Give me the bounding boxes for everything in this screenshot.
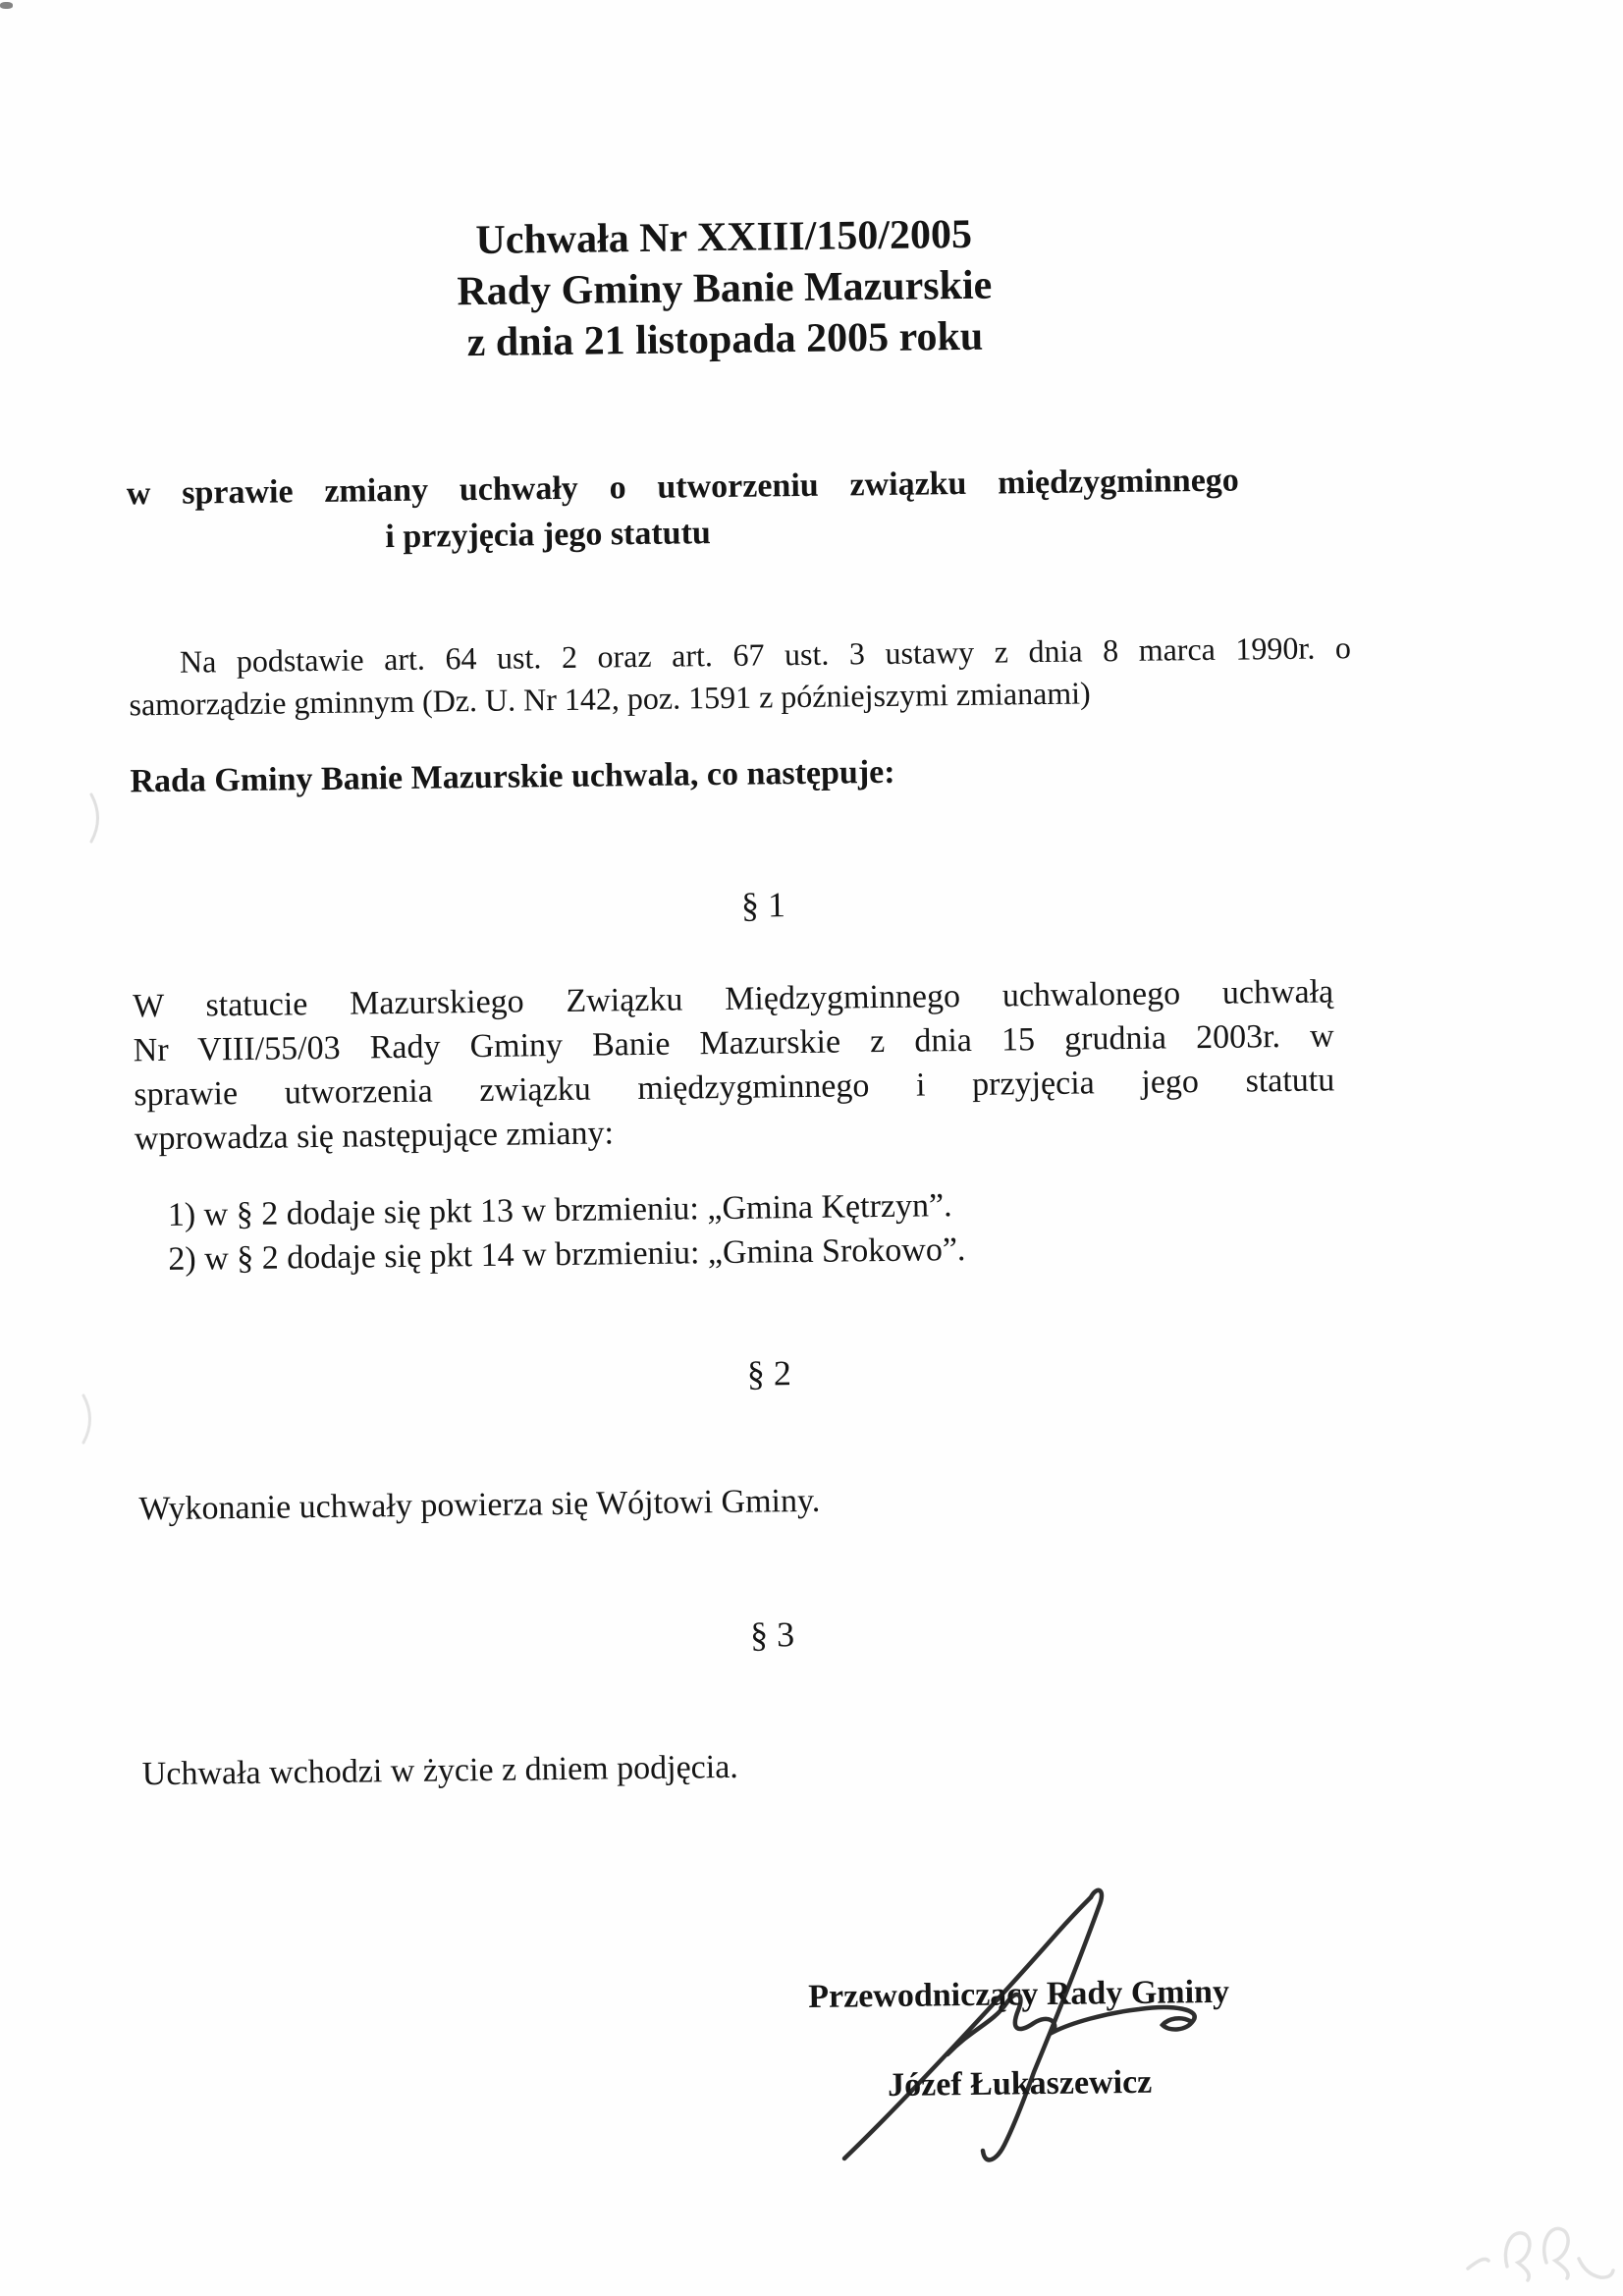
resolution-document: Uchwała Nr XXIII/150/2005 Rady Gminy Ban…: [0, 0, 1623, 2296]
section-1-body: W statucie Mazurskiego Związku Międzygmi…: [133, 969, 1335, 1161]
signatory-name: Józef Łukaszewicz: [695, 2057, 1344, 2109]
document-page: Uchwała Nr XXIII/150/2005 Rady Gminy Ban…: [0, 0, 1623, 2296]
document-title: Uchwała Nr XXIII/150/2005 Rady Gminy Ban…: [123, 204, 1325, 372]
subject-line-2: i przyjęcia jego statutu: [385, 504, 1240, 561]
subject-block: w sprawie zmiany uchwały o utworzeniu zw…: [127, 458, 1240, 564]
section-3-heading: § 3: [172, 1605, 1373, 1665]
section-2-body: Wykonanie uchwały powierza się Wójtowi G…: [138, 1472, 1339, 1531]
legal-basis: Na podstawie art. 64 ust. 2 oraz art. 67…: [129, 627, 1352, 726]
section-1-heading: § 1: [163, 875, 1364, 935]
section-3-body: Uchwała wchodzi w życie z dniem podjęcia…: [142, 1737, 1343, 1796]
signatory-role: Przewodniczący Rady Gminy: [694, 1968, 1343, 2020]
section-2-heading: § 2: [169, 1343, 1370, 1403]
amendment-list: 1) w § 2 dodaje się pkt 13 w brzmieniu: …: [135, 1178, 1337, 1282]
enacting-clause: Rada Gminy Banie Mazurskie uchwala, co n…: [130, 744, 1330, 803]
signature-block: Przewodniczący Rady Gminy Józef Łukaszew…: [694, 1968, 1344, 2109]
